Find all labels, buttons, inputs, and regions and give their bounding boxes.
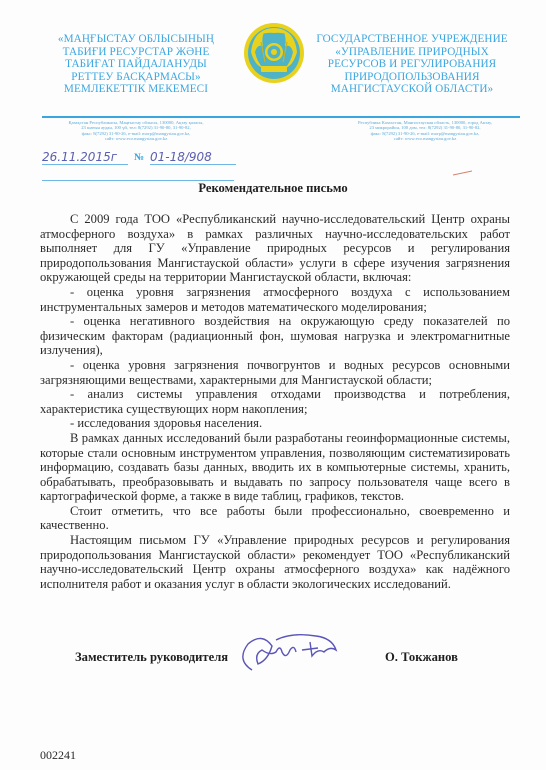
org-line: ПРИРОДОПОЛЬЗОВАНИЯ — [312, 71, 512, 84]
org-line: МАНГИСТАУСКОЙ ОБЛАСТИ» — [312, 83, 512, 96]
registration-number: 01-18/908 — [150, 150, 236, 165]
address-line: сайт: www.eco.mangystau.gov.kz — [330, 136, 520, 141]
list-item: - оценка уровня загрязнения атмосферного… — [40, 285, 510, 314]
registration-date: 26.11.2015г — [42, 150, 128, 165]
handwritten-signature-icon — [232, 630, 352, 676]
list-item: - оценка негативного воздействия на окру… — [40, 314, 510, 358]
state-emblem-icon — [243, 22, 305, 84]
registration-row: 26.11.2015г № 01-18/908 — [42, 150, 237, 168]
list-item: - оценка уровня загрязнения почвогрунтов… — [40, 358, 510, 387]
letter-body: С 2009 года ТОО «Республиканский научно-… — [40, 212, 510, 591]
org-line: ТАБИҒИ РЕСУРСТАР ЖӘНЕ — [52, 46, 220, 59]
letterhead-divider — [42, 116, 520, 118]
list-item: - исследования здоровья населения. — [40, 416, 510, 431]
address-line: сайт: www.eco.mangystau.gov.kz — [38, 136, 234, 141]
address-block-kazakh: Қазақстан Республикасы, Маңғыстау облысы… — [38, 120, 234, 142]
org-line: ТАБИҒАТ ПАЙДАЛАНУДЫ — [52, 58, 220, 71]
document-title: Рекомендательное письмо — [0, 181, 546, 196]
org-line: РЕТТЕУ БАСҚАРМАСЫ» — [52, 71, 220, 84]
org-line: РЕСУРСОВ И РЕГУЛИРОВАНИЯ — [312, 58, 512, 71]
list-item: - анализ системы управления отходами про… — [40, 387, 510, 416]
org-line: «УПРАВЛЕНИЕ ПРИРОДНЫХ — [312, 46, 512, 59]
letterhead-left-org-name: «МАҢҒЫСТАУ ОБЛЫСЫНЫҢ ТАБИҒИ РЕСУРСТАР ЖӘ… — [52, 33, 220, 96]
paragraph-gis: В рамках данных исследований были разраб… — [40, 431, 510, 504]
address-block-russian: Республика Казахстан, Мангистауская обла… — [330, 120, 520, 142]
org-line: ГОСУДАРСТВЕННОЕ УЧРЕЖДЕНИЕ — [312, 33, 512, 46]
paragraph-recommendation: Настоящим письмом ГУ «Управление природн… — [40, 533, 510, 591]
org-line: МЕМЛЕКЕТТІК МЕКЕМЕСІ — [52, 83, 220, 96]
paragraph-quality: Стоит отметить, что все работы были проф… — [40, 504, 510, 533]
signatory-role: Заместитель руководителя — [75, 650, 228, 665]
org-line: «МАҢҒЫСТАУ ОБЛЫСЫНЫҢ — [52, 33, 220, 46]
signatory-name: О. Токжанов — [385, 650, 458, 665]
pen-mark-icon — [452, 170, 474, 176]
document-serial-number: 002241 — [40, 748, 76, 763]
number-label: № — [134, 152, 144, 163]
letterhead-right-org-name: ГОСУДАРСТВЕННОЕ УЧРЕЖДЕНИЕ «УПРАВЛЕНИЕ П… — [312, 33, 512, 96]
paragraph-intro: С 2009 года ТОО «Республиканский научно-… — [40, 212, 510, 285]
